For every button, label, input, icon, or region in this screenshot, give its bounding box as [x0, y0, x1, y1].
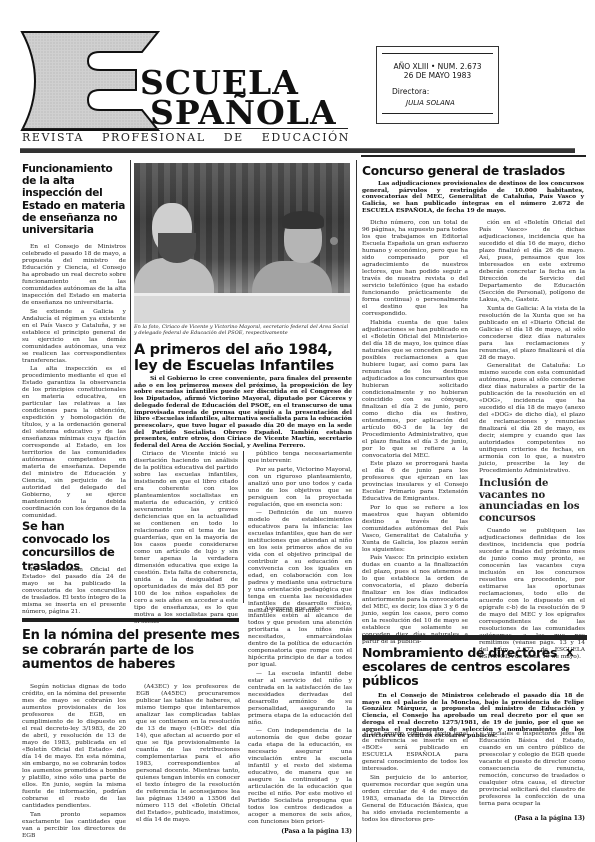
article-column: Ciriaco de Vicente inició su disertación… — [134, 451, 238, 628]
divider — [382, 113, 493, 114]
paragraph: En el Consejo de Ministros celebrado el … — [22, 244, 126, 307]
paragraph: En el «Boletín Oficial del Estado» del p… — [22, 567, 126, 616]
paragraph: — Asegurar que estas escuelas infantiles… — [248, 606, 352, 669]
article-column: Según noticias dignas de todo crédito, e… — [22, 684, 126, 841]
article-title-concursillos: Se han convocado los concursillos de tra… — [22, 520, 127, 573]
article-body-concursillos: En el «Boletín Oficial del Estado» del p… — [22, 567, 126, 618]
news-photo — [134, 163, 350, 323]
paragraph: Por lo que se refiere a los maestros que… — [362, 505, 468, 554]
article-column: público tenga necesariamente que interve… — [248, 451, 352, 617]
article-title-directores: Nombramiento de directores escolares de … — [362, 646, 572, 688]
article-column: Dicho número, con un total de 96 páginas… — [362, 220, 468, 648]
paragraph: ción en el «Boletín Oficial del País Vas… — [479, 220, 585, 304]
masthead-title-line2: SPAÑOLA — [150, 96, 337, 129]
article-title-nomina: En la nómina del presente mes se cobrará… — [22, 629, 242, 673]
paragraph: vinciales e inspectores jefes de Educaci… — [479, 731, 585, 808]
paragraph: Se extiende a Galicia y Andalucía el rég… — [22, 309, 126, 365]
masthead-subtitle: REVISTA PROFESIONAL DE EDUCACIÓN — [22, 131, 350, 144]
paragraph: Tan pronto sepamos exactamente las canti… — [22, 812, 126, 840]
paragraph: — La escuela infantil debe estar al serv… — [248, 671, 352, 727]
section-divider-bar — [361, 155, 586, 157]
x-mark-icon: X — [566, 648, 574, 659]
logo-e-icon — [20, 30, 160, 132]
subtitle-word: DE — [224, 131, 244, 144]
subtitle-word: REVISTA — [22, 131, 84, 144]
director-label: Directora: — [392, 87, 493, 96]
article-body-alta-inspeccion: En el Consejo de Ministros celebrado el … — [22, 244, 126, 522]
subtitle-word: PROFESIONAL — [102, 131, 206, 144]
issue-info-box: AÑO XLIII • NUM. 2.673 26 DE MAYO 1983 D… — [376, 46, 499, 124]
subsection-title: Inclusión de vacantes no anunciadas en l… — [479, 478, 585, 524]
section-divider-bar — [362, 635, 587, 640]
paragraph: Cuando se publiquen las adjudicaciones d… — [479, 528, 585, 661]
issue-number: AÑO XLIII • NUM. 2.673 — [382, 62, 493, 71]
masthead-rule — [22, 128, 348, 129]
issue-date: 26 DE MAYO 1983 — [382, 71, 493, 80]
article-title-alta-inspeccion: Funcionamiento de la alta inspección del… — [22, 163, 127, 236]
paragraph: Xunta de Galicia: A la vista de la resol… — [479, 306, 585, 362]
paragraph: Por su parte, Victorino Mayoral, con un … — [248, 467, 352, 509]
column-rule — [243, 451, 244, 603]
paragraph: público tenga necesariamente que interve… — [248, 451, 352, 465]
continued-link[interactable]: (Pasa a la página 13) — [248, 828, 352, 835]
article-column: ción en el «Boletín Oficial del País Vas… — [479, 220, 585, 663]
paragraph: Este plazo se prorrogará hasta el día 6 … — [362, 461, 468, 503]
article-title-concurso-general: Concurso general de traslados — [362, 164, 587, 178]
paragraph: Ciriaco de Vicente inició su disertación… — [134, 451, 238, 626]
masthead-divider-bar — [20, 148, 575, 153]
subtitle-word: EDUCACIÓN — [262, 131, 350, 144]
paragraph: Según noticias dignas de todo crédito, e… — [22, 684, 126, 810]
divider — [382, 53, 493, 54]
paragraph: Generalitat de Cataluña: Lo mismo sucede… — [479, 363, 585, 475]
article-column: vinciales e inspectores jefes de Educaci… — [479, 731, 585, 810]
paragraph: — Con independencia de la autonomía de q… — [248, 728, 352, 826]
continued-link[interactable]: (Pasa a la página 13) — [479, 815, 585, 822]
paragraph: Habida cuenta de que tales adjudicacione… — [362, 320, 468, 460]
article-title-escuelas-infantiles: A primeros del año 1984, ley de Escuelas… — [134, 343, 354, 374]
article-column: Tan pronto como el texto legal de refere… — [362, 731, 468, 825]
paragraph: (A43EC) y los profesores de EGB (A45EC) … — [136, 684, 240, 824]
paragraph: Sin perjuicio de lo anterior, queremos r… — [362, 775, 468, 824]
paragraph: País Vasco: En principio existen dudas e… — [362, 555, 468, 646]
column-rule — [356, 160, 357, 842]
paragraph: La alta inspección es el procedimiento m… — [22, 366, 126, 520]
section-divider-bar — [22, 618, 239, 622]
paragraph: — Definición de un nuevo modelo de estab… — [248, 510, 352, 615]
column-rule — [130, 160, 131, 602]
director-name: JULIA SOLANA — [406, 99, 493, 107]
article-lead-concurso-general: Las adjudicaciones provisionales de dest… — [362, 181, 584, 215]
paragraph: Dicho número, con un total de 96 páginas… — [362, 220, 468, 318]
paragraph: Tan pronto como el texto legal de refere… — [362, 731, 468, 773]
article-column: — Asegurar que estas escuelas infantiles… — [248, 606, 352, 828]
article-column: (A43EC) y los profesores de EGB (A45EC) … — [136, 684, 240, 826]
article-lead-escuelas-infantiles: Si el Gobierno lo cree conveniente, para… — [134, 376, 352, 450]
photo-caption: En la foto, Ciriaco de Vicente y Victori… — [134, 325, 352, 337]
